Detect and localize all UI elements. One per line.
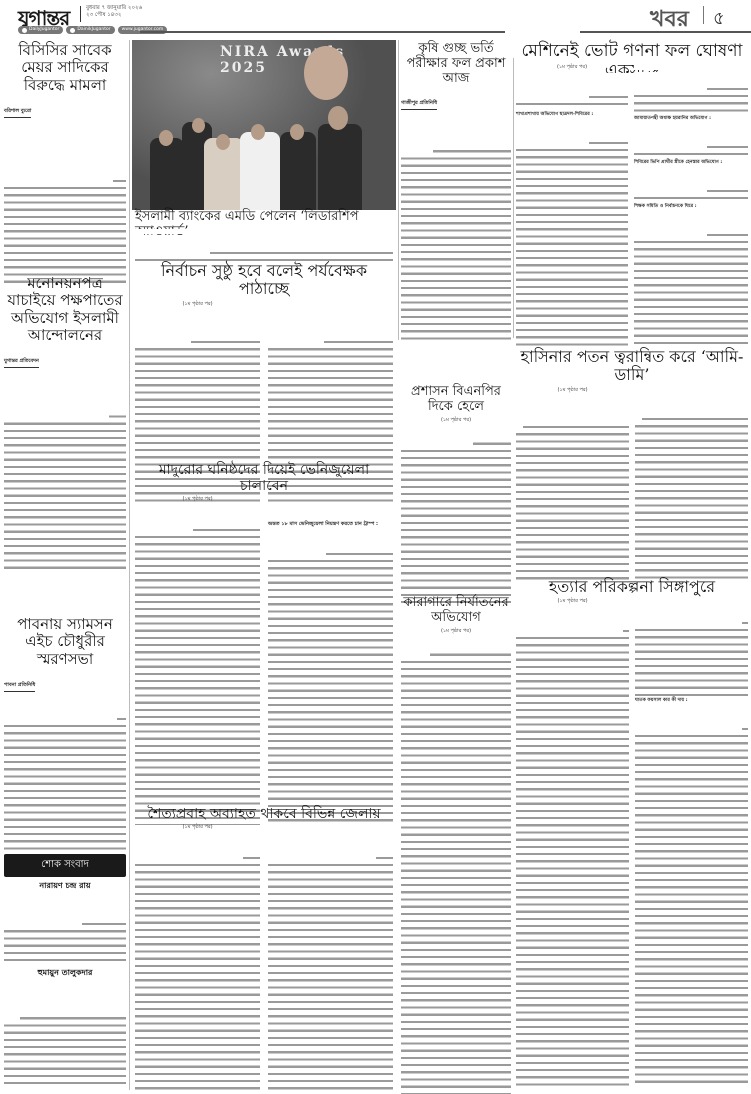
article-body: ত্রয়োদশ জাতীয় সংসদ নির্বাচনে সুষ্ঠু ও … — [4, 370, 126, 570]
award-photo: NIRA Awards 2025 — [132, 40, 396, 210]
headline[interactable]: নির্বাচন সুষ্ঠু হবে বলেই পর্যবেক্ষক পাঠা… — [135, 262, 393, 299]
headline[interactable]: পাবনায় স্যামসন এইচ চৌধুরীর স্মরণসভা — [4, 616, 126, 668]
headline[interactable]: মাদুরোর ঘনিষ্ঠদের দিয়েই ভেনিজুয়েলা চাল… — [135, 462, 393, 494]
column-rule — [513, 58, 514, 338]
article-body: দেশটির তেলসম্পদ নিয়ন্ত্রণ ও অর্থনৈতিক প… — [135, 505, 260, 825]
article-bnp-admin[interactable]: প্রশাসন বিএনপির দিকে হেলে (১ম পৃষ্ঠার পর… — [401, 385, 511, 606]
byline: পাবনা প্রতিনিধি — [4, 682, 35, 692]
column-rule — [398, 40, 399, 340]
article-body: ছাত্রশিবির সমর্থিত ‘সমন্বয় ঐক্যজোট’ এবং… — [634, 64, 748, 114]
byline: যুগান্তর প্রতিবেদন — [4, 358, 39, 368]
x-icon — [22, 28, 27, 33]
obituary-body: নেত্রকোনার কলমাকান্দা প্রেস ক্লাবের সভাপ… — [4, 979, 126, 1084]
article-body: কৃষি গুচ্ছভুক্ত ৯টি বিশ্ববিদ্যালয়ের ২০২… — [401, 112, 511, 340]
article-cold-wave[interactable]: শৈত্যপ্রবাহ অব্যাহত থাকবে বিভিন্ন জেলায়… — [135, 806, 393, 1094]
article-body: ২০১৮ ও ২০২৪ সালের নির্বাচন শেষ হাসিনার প… — [635, 387, 748, 580]
article-body: তদন্তসংশ্লিষ্ট কর্মকর্তারা জানিয়েছেন, হ… — [635, 704, 748, 1086]
article-body: ছাত্রশিবির সমর্থিত ‘সমন্বয় ঐক্যজোট’ এবং… — [516, 72, 628, 110]
dateline: বুধবার ৭ জানুয়ারি ২০২৬ ২৩ পৌষ ১৪৩২ — [86, 5, 142, 19]
continuation-label: (১ম পৃষ্ঠার পর) — [516, 598, 629, 606]
article-body: স্কয়ার গ্রুপের প্রতিষ্ঠাতা চেয়ারম্যান … — [4, 694, 126, 864]
subheading: শাখাপ্রশাখায় অভিযোগ ছাত্রদল-শিবিরের : — [516, 110, 628, 118]
headline[interactable]: কৃষি গুচ্ছ ভর্তি পরীক্ষার ফল প্রকাশ আজ — [401, 42, 511, 87]
article-body: ছাত্রশিবির সমর্থিত ‘সমন্বয় ঐক্যজোট’ এবং… — [634, 166, 748, 202]
article-body: ২০১৮ ও ২০২৪ সালের নির্বাচন শেষ হাসিনার প… — [516, 395, 629, 581]
continuation-label: (১ম পৃষ্ঠার পর) — [135, 496, 260, 504]
article-body: প্রশাসন নিয়ে উদ্বেগ প্রকাশ করে বলেন, ‘এ… — [401, 426, 511, 606]
article-hasina-fall[interactable]: হাসিনার পতন ত্বরান্বিত করে ‘আমি-ডামি’ (১… — [516, 348, 748, 581]
article-singapore-plot[interactable]: হত্যার পরিকল্পনা সিঙ্গাপুরে (১ম পৃষ্ঠার … — [516, 578, 748, 1086]
date-gregorian: বুধবার ৭ জানুয়ারি ২০২৬ — [86, 5, 142, 12]
continuation-label: (১ম পৃষ্ঠার পর) — [401, 417, 511, 425]
obituary-body: পিরোজপুর প্রেস ক্লাবের সভাপতি ও সাপ্তাহি… — [4, 892, 126, 964]
headline[interactable]: হত্যার পরিকল্পনা সিঙ্গাপুরে — [516, 578, 748, 596]
article-body: রাজশাহী, নাটোর, কুড়িগ্রাম ও নীলফামারী জ… — [268, 833, 393, 1094]
section-name: খবর — [650, 2, 689, 39]
article-maduro[interactable]: মাদুরোর ঘনিষ্ঠদের দিয়েই ভেনিজুয়েলা চাল… — [135, 462, 393, 826]
subheading: অন্তত ১৮ মাস ভেনিজুয়েলা নিয়ন্ত্রণ করতে… — [268, 521, 393, 529]
social-x-label: DailyJugantor — [29, 27, 59, 33]
headline[interactable]: মনোনয়নপত্র যাচাইয়ে পক্ষপাতের অভিযোগ ইস… — [4, 275, 126, 344]
masthead-rule-right — [580, 31, 751, 33]
byline: গাজীপুর প্রতিনিধি — [401, 100, 437, 110]
headline[interactable]: কারাগারে নির্যাতনের অভিযোগ — [401, 596, 511, 626]
headline[interactable]: প্রশাসন বিএনপির দিকে হেলে — [401, 385, 511, 415]
headline[interactable]: হাসিনার পতন ত্বরান্বিত করে ‘আমি-ডামি’ — [516, 348, 748, 385]
headline[interactable]: বিসিসির সাবেক মেয়র সাদিকের বিরুদ্ধে মাম… — [4, 42, 126, 94]
article-body: ছাত্রশিবির সমর্থিত ‘সমন্বয় ঐক্যজোট’ এবং… — [634, 210, 748, 346]
article-body: কারাগারে আটক বন্দিদের ওপর নির্যাতনের অভি… — [401, 637, 511, 1094]
column-rule — [129, 40, 130, 1090]
article-body: দেশটির তেলসম্পদ নিয়ন্ত্রণ ও অর্থনৈতিক প… — [268, 505, 393, 521]
headline[interactable]: শৈত্যপ্রবাহ অব্যাহত থাকবে বিভিন্ন জেলায় — [135, 806, 393, 822]
article-body: নির্ধারিত সময়ের মধ্যে সম্পদ বিবরণী দাখি… — [4, 120, 126, 285]
continuation-label: (১ম পৃষ্ঠার পর) — [516, 64, 628, 72]
social-x-link[interactable]: DailyJugantor — [18, 26, 63, 34]
continuation-label: (১ম পৃষ্ঠার পর) — [401, 628, 511, 636]
masthead-rule-left — [140, 31, 505, 33]
continuation-label: (১ম পৃষ্ঠার পর) — [135, 824, 260, 832]
continuation-label: (১ম পৃষ্ঠার পর) — [516, 387, 629, 395]
section-divider — [703, 6, 704, 24]
obituary-name: নারায়ণ চন্দ্র রায় — [4, 881, 126, 890]
article-body: ছাত্রশিবির সমর্থিত ‘সমন্বয় ঐক্যজোট’ এবং… — [634, 122, 748, 158]
voting-machine-col2: ছাত্রশিবির সমর্থিত ‘সমন্বয় ঐক্যজোট’ এবং… — [634, 64, 748, 346]
social-facebook-label: DainikJugantor — [77, 27, 110, 33]
obituary-section: শোক সংবাদ নারায়ণ চন্দ্র রায় পিরোজপুর প… — [4, 854, 126, 1084]
subheading: জামায়াতপন্থী অধ্যক্ষ হয়রানির অভিযোগ : — [634, 114, 748, 122]
masthead: যুগান্তর বুধবার ৭ জানুয়ারি ২০২৬ ২৩ পৌষ … — [0, 0, 751, 38]
article-body: রাজশাহী, নাটোর, কুড়িগ্রাম ও নীলফামারী জ… — [135, 833, 260, 1094]
obituary-name: হুমায়ুন তালুকদার — [4, 968, 126, 977]
article-body: তদন্তসংশ্লিষ্ট কর্মকর্তারা জানিয়েছেন, হ… — [516, 606, 629, 1086]
obituary-title: শোক সংবাদ — [4, 854, 126, 877]
article-body: তদন্তসংশ্লিষ্ট কর্মকর্তারা জানিয়েছেন, হ… — [635, 598, 748, 696]
article-body: ছাত্রশিবির সমর্থিত ‘সমন্বয় ঐক্যজোট’ এবং… — [516, 118, 628, 346]
article-nomination[interactable]: মনোনয়নপত্র যাচাইয়ে পক্ষপাতের অভিযোগ ইস… — [4, 275, 126, 570]
byline: বরিশাল ব্যুরো — [4, 108, 31, 118]
subheading: ঘাতক ফয়সাল কার কী দায় : — [635, 696, 748, 704]
article-prison-torture[interactable]: কারাগারে নির্যাতনের অভিযোগ (১ম পৃষ্ঠার প… — [401, 596, 511, 1094]
logo-divider — [80, 6, 81, 22]
date-bengali: ২৩ পৌষ ১৪৩২ — [86, 12, 142, 19]
subheading: শিবিরের ভিপি প্রার্থীর স্ত্রীকে হেনস্তার… — [634, 158, 748, 166]
facebook-icon — [70, 28, 75, 33]
voting-machine-col1: (১ম পৃষ্ঠার পর) ছাত্রশিবির সমর্থিত ‘সমন্… — [516, 64, 628, 346]
social-facebook-link[interactable]: DainikJugantor — [66, 26, 114, 34]
continuation-label: (১ম পৃষ্ঠার পর) — [135, 301, 260, 309]
article-agri-admission[interactable]: কৃষি গুচ্ছ ভর্তি পরীক্ষার ফল প্রকাশ আজ গ… — [401, 42, 511, 340]
article-bcc-mayor[interactable]: বিসিসির সাবেক মেয়র সাদিকের বিরুদ্ধে মাম… — [4, 42, 126, 285]
subheading: শিক্ষক সমিতি ও নির্বাচনকে ঘিরে : — [634, 202, 748, 210]
article-pabna[interactable]: পাবনায় স্যামসন এইচ চৌধুরীর স্মরণসভা পাব… — [4, 616, 126, 864]
article-body: দেশটির তেলসম্পদ নিয়ন্ত্রণ ও অর্থনৈতিক প… — [268, 529, 393, 826]
photo-caption: ইসলামী ব্যাংক বাংলাদেশ পিএলসির ম্যানেজিং… — [135, 228, 393, 261]
